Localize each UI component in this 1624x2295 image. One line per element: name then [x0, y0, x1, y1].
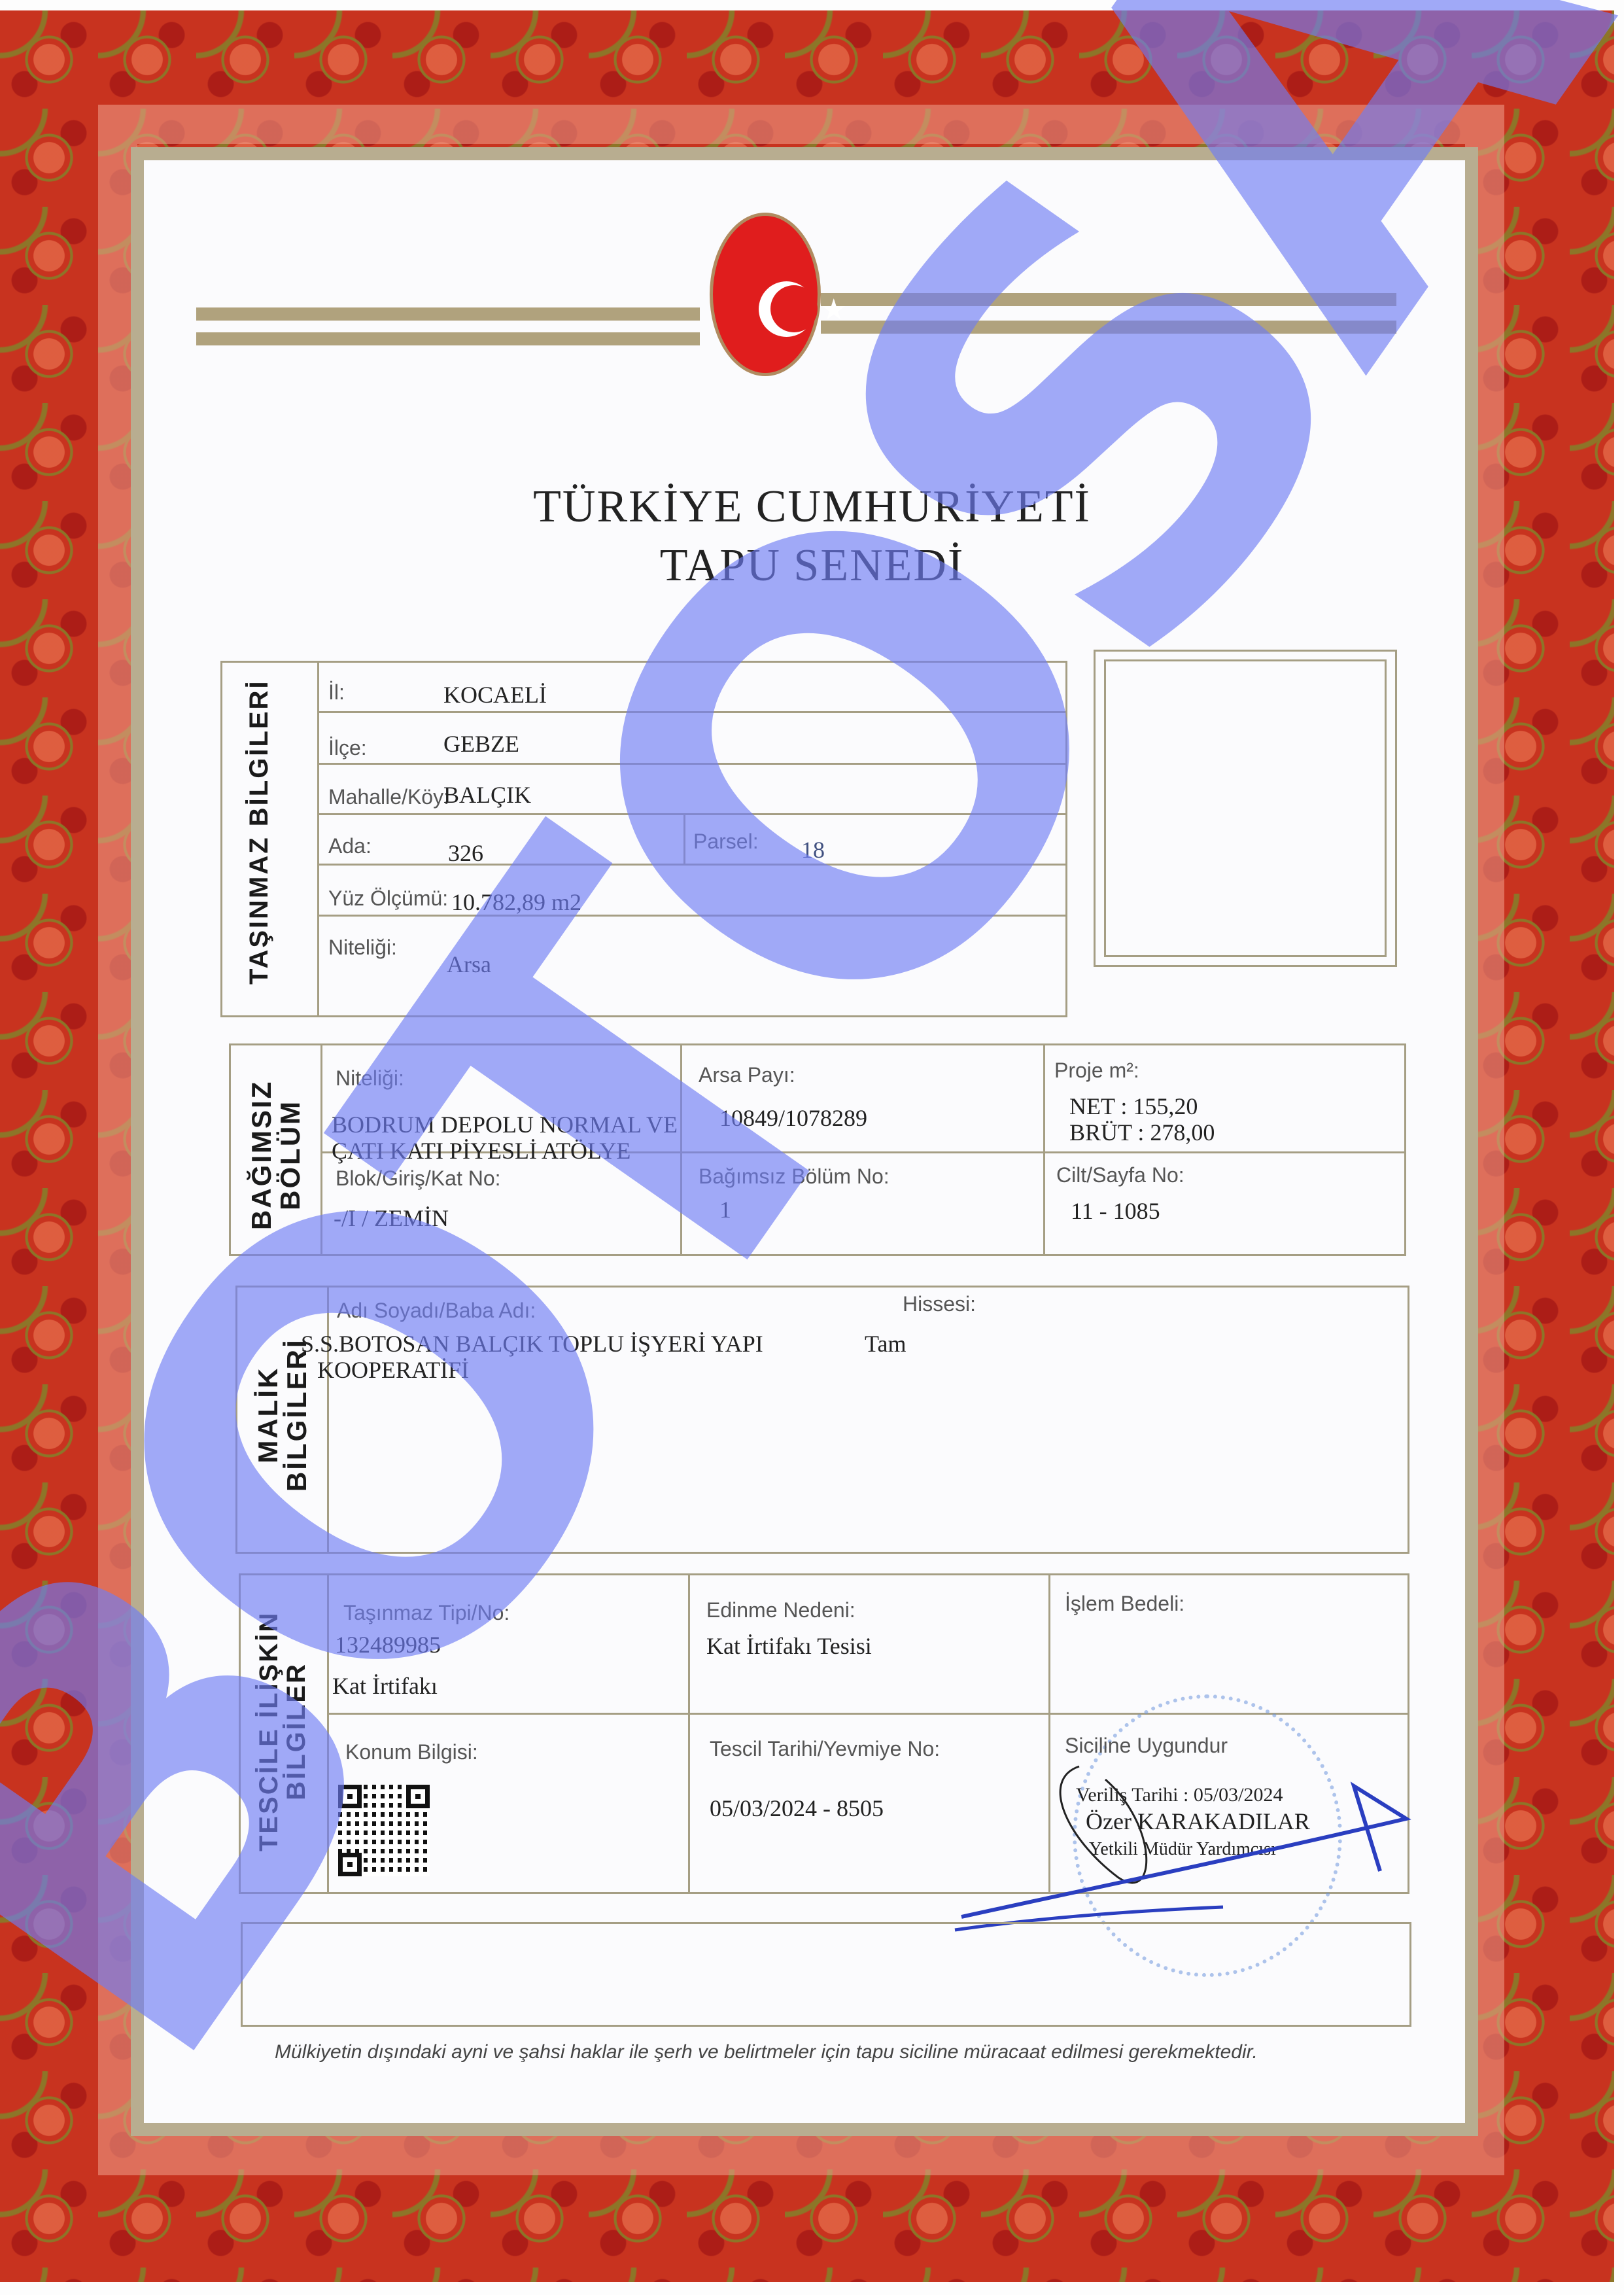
- header-band-left-top: [196, 307, 700, 321]
- blok-label: Blok/Giriş/Kat No:: [336, 1166, 501, 1191]
- document-subtitle: TAPU SENEDİ: [0, 540, 1624, 592]
- ilce-label: İlçe:: [328, 736, 367, 760]
- tasinmaz-tipi-value: Kat İrtifakı: [332, 1673, 438, 1700]
- bb-no-value: 1: [719, 1197, 731, 1223]
- arsa-payi-value: 10849/1078289: [719, 1106, 867, 1132]
- annotations-box: [241, 1922, 1411, 2027]
- divider: [688, 1573, 690, 1894]
- tasinmaz-no-value: 132489985: [335, 1632, 441, 1658]
- section-label-line2: BÖLÜM: [275, 1100, 305, 1210]
- section-label-line2: BİLGİLERİ: [281, 1338, 312, 1492]
- malik-section: [235, 1286, 1409, 1554]
- star-icon: ★: [821, 296, 846, 324]
- divider: [327, 1286, 329, 1554]
- document-title: TÜRKİYE CUMHURİYETİ: [0, 481, 1624, 533]
- malik-name-value-line2: KOOPERATİFİ: [317, 1358, 469, 1384]
- qr-finder: [338, 1785, 362, 1808]
- tescil-section-label: TESCİLE İLİŞKİN BİLGİLER: [255, 1611, 310, 1851]
- ada-label: Ada:: [328, 834, 371, 858]
- proje-label: Proje m²:: [1054, 1059, 1139, 1083]
- divider: [320, 1043, 322, 1256]
- tasinmaz-tipi-label: Taşınmaz Tipi/No:: [343, 1601, 510, 1625]
- malik-name-label: Adı Soyadı/Baba Adı:: [337, 1299, 536, 1323]
- divider: [317, 763, 1067, 765]
- divider: [317, 864, 1067, 866]
- proje-net-value: NET : 155,20: [1069, 1094, 1198, 1120]
- photo-frame-inner: [1104, 659, 1387, 957]
- section-label-line2: BİLGİLER: [282, 1662, 311, 1800]
- yuz-olcumu-label: Yüz Ölçümü:: [328, 886, 448, 911]
- cilt-label: Cilt/Sayfa No:: [1056, 1163, 1184, 1187]
- divider: [317, 661, 319, 1017]
- mahalle-label: Mahalle/Köy:: [328, 785, 449, 809]
- il-label: İl:: [328, 680, 345, 705]
- section-label-line1: BAĞIMSIZ: [246, 1080, 277, 1230]
- bb-niteligi-value-line1: BODRUM DEPOLU NORMAL VE: [332, 1112, 678, 1138]
- malik-name-value-line1: S.S.BOTOSAN BALÇIK TOPLU İŞYERİ YAPI: [301, 1331, 763, 1358]
- edinme-value: Kat İrtifakı Tesisi: [706, 1634, 872, 1660]
- bb-niteligi-value-line2: ÇATI KATI PİYESLİ ATÖLYE: [332, 1138, 631, 1165]
- tescil-tarihi-label: Tescil Tarihi/Yevmiye No:: [710, 1737, 940, 1761]
- section-label-line1: MALİK: [252, 1367, 283, 1463]
- blok-value: -/I / ZEMİN: [334, 1206, 449, 1232]
- proje-brut-value: BRÜT : 278,00: [1069, 1120, 1215, 1146]
- il-value: KOCAELİ: [443, 682, 547, 709]
- bb-niteligi-label: Niteliği:: [336, 1066, 404, 1091]
- divider: [1043, 1043, 1045, 1256]
- header-band-left-bottom: [196, 332, 700, 345]
- niteligi-value: Arsa: [447, 952, 491, 978]
- bagimsiz-bolum-section-label: BAĞIMSIZ BÖLÜM: [247, 1080, 305, 1230]
- divider: [683, 813, 685, 864]
- hisse-label: Hissesi:: [903, 1292, 976, 1316]
- qr-finder: [338, 1853, 362, 1876]
- sicil-uygun-label: Siciline Uygundur: [1065, 1734, 1228, 1758]
- crescent-cut-shape: [770, 285, 818, 332]
- tescil-tarihi-value: 05/03/2024 - 8505: [710, 1796, 884, 1822]
- niteligi-label: Niteliği:: [328, 936, 397, 960]
- mahalle-value: BALÇIK: [443, 782, 531, 809]
- malik-section-label: MALİK BİLGİLERİ: [254, 1338, 311, 1492]
- islem-bedeli-label: İşlem Bedeli:: [1065, 1592, 1184, 1616]
- edinme-label: Edinme Nedeni:: [706, 1598, 855, 1622]
- hisse-value: Tam: [865, 1331, 906, 1358]
- tasinmaz-section-label: TAŞINMAZ BİLGİLERİ: [245, 679, 273, 985]
- bb-no-label: Bağımsız Bölüm No:: [699, 1165, 890, 1189]
- parsel-label: Parsel:: [693, 830, 759, 854]
- signature-icon: [948, 1760, 1419, 1943]
- qr-finder: [406, 1785, 430, 1808]
- parsel-value: 18: [801, 837, 825, 864]
- arsa-payi-label: Arsa Payı:: [699, 1063, 795, 1087]
- yuz-olcumu-value: 10.782,89 m2: [451, 890, 581, 916]
- divider: [680, 1043, 682, 1256]
- konum-label: Konum Bilgisi:: [345, 1740, 478, 1764]
- qr-code-icon[interactable]: [338, 1785, 430, 1876]
- ada-value: 326: [448, 841, 483, 867]
- footer-note: Mülkiyetin dışındaki ayni ve şahsi hakla…: [275, 2041, 1258, 2063]
- ilce-value: GEBZE: [443, 731, 519, 758]
- divider: [317, 915, 1067, 917]
- divider: [317, 813, 1067, 815]
- section-label-line1: TESCİLE İLİŞKİN: [254, 1611, 283, 1851]
- header-band-right-top: [821, 293, 1396, 306]
- header-band-right-bottom: [821, 321, 1396, 334]
- divider: [317, 711, 1067, 713]
- divider: [327, 1573, 329, 1894]
- cilt-value: 11 - 1085: [1071, 1199, 1160, 1225]
